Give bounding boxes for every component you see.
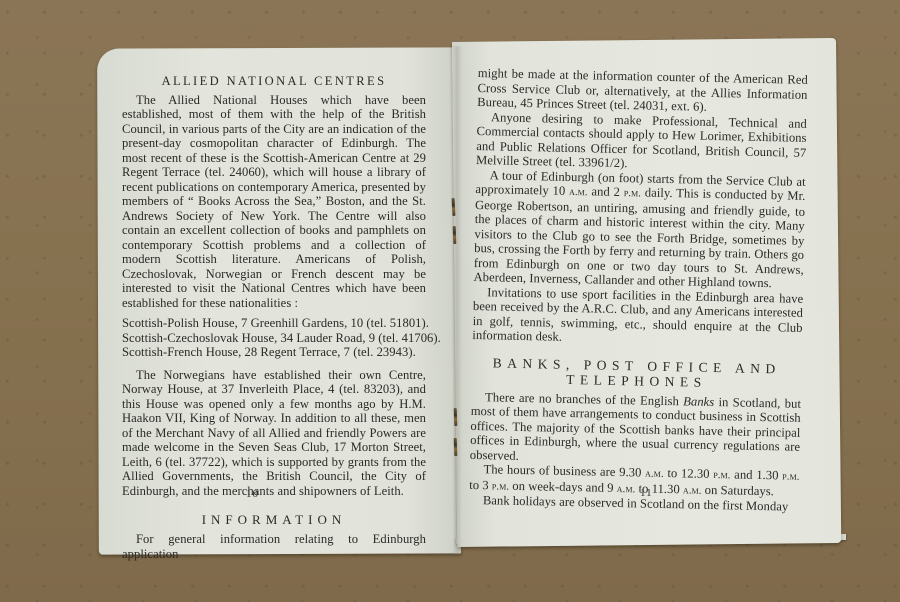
text-run: p.m.: [782, 470, 800, 482]
text-run: p.m.: [713, 469, 731, 481]
text-run: on week-days and 9: [509, 478, 617, 494]
page-number: 11: [640, 487, 653, 499]
text-run: a.m.: [617, 482, 636, 494]
paragraph-continuation: might be made at the information counter…: [477, 66, 808, 116]
text-run: p.m.: [624, 187, 642, 199]
paragraph-banks: There are no branches of the English Ban…: [470, 389, 801, 468]
staple-icon: [453, 226, 457, 244]
text-run: The hours of business are 9.30: [483, 462, 645, 479]
text-run: a.m.: [569, 186, 588, 198]
page-number: 10: [246, 488, 259, 500]
paragraph-tour: A tour of Edinburgh (on foot) starts fro…: [473, 167, 805, 291]
address-list: Scottish-Polish House, 7 Greenhill Garde…: [122, 316, 426, 360]
paragraph-professional-contacts: Anyone desiring to make Professional, Te…: [476, 109, 807, 174]
paragraph-norway-house: The Norwegians have established their ow…: [122, 368, 426, 499]
section-heading-banks: BANKS, POST OFFICE ANDTELEPHONES: [471, 354, 802, 391]
section-heading-allied-national-centres: ALLIED NATIONAL CENTRES: [122, 74, 426, 89]
staple-icon: [454, 408, 458, 426]
text-run: a.m.: [645, 468, 664, 480]
text-run: a.m.: [683, 484, 702, 496]
text-run: to 3: [469, 477, 492, 491]
left-page-text: ALLIED NATIONAL CENTRES The Allied Natio…: [122, 74, 426, 561]
text-run: and 1.30: [730, 467, 782, 482]
text-run: to 12.30: [664, 466, 714, 481]
address-item: Scottish-Polish House, 7 Greenhill Garde…: [122, 316, 426, 331]
text-run: on Saturdays.: [701, 482, 774, 498]
address-item: Scottish-French House, 28 Regent Terrace…: [122, 345, 426, 360]
section-heading-information: INFORMATION: [122, 512, 426, 527]
staple-icon: [454, 438, 458, 456]
heading-line: TELEPHONES: [566, 371, 707, 389]
text-run: 10: [552, 184, 569, 198]
right-page-text: might be made at the information counter…: [469, 66, 808, 514]
text-run-italic: Banks: [683, 394, 714, 409]
paragraph-sport: Invitations to use sport facilities in t…: [472, 284, 803, 349]
paragraph-information: For general information relating to Edin…: [122, 532, 426, 561]
open-booklet: ALLIED NATIONAL CENTRES The Allied Natio…: [0, 0, 900, 602]
text-run: daily. This is conducted by Mr. George R…: [473, 185, 805, 290]
booklet-spine: [452, 46, 462, 554]
address-item: Scottish-Czechoslovak House, 34 Lauder R…: [122, 331, 426, 346]
text-run: p.m.: [492, 480, 510, 492]
paragraph-allied-houses: The Allied National Houses which have be…: [122, 93, 426, 311]
text-run: and: [588, 184, 614, 199]
